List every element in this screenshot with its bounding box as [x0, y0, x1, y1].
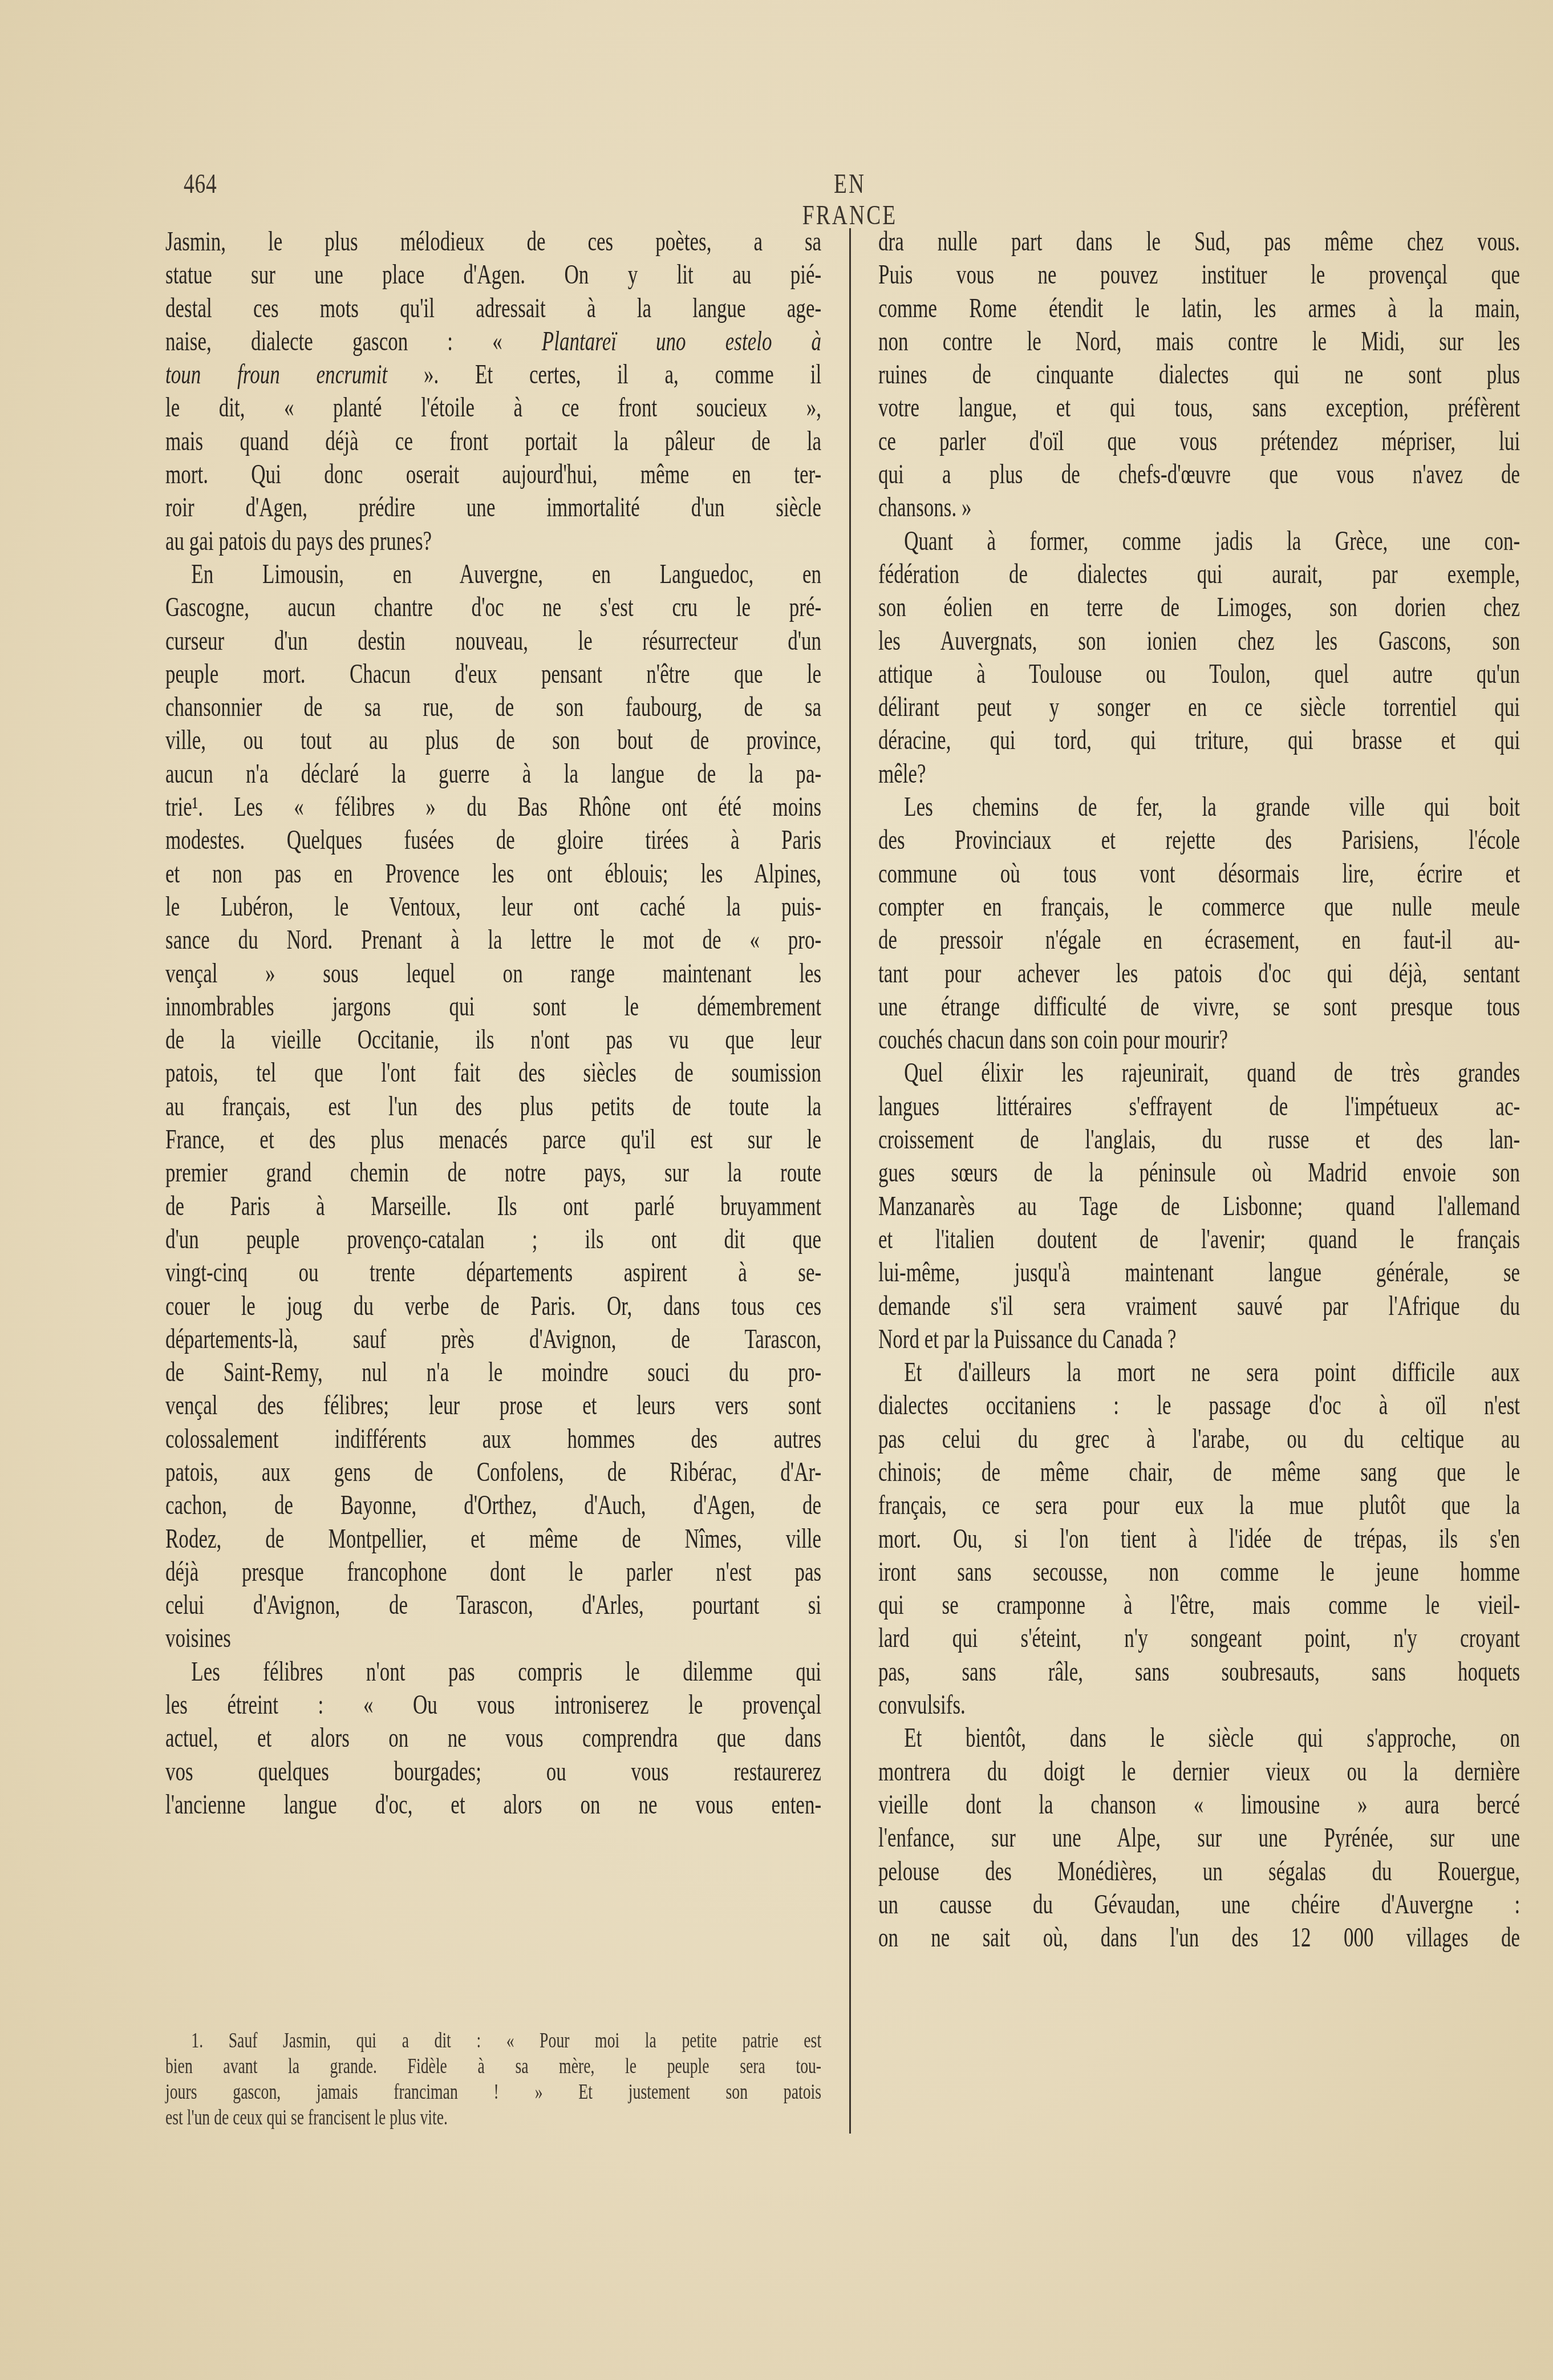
text-line: colossalement indifférents aux hommes de…	[165, 1423, 821, 1456]
text-line: on ne sait où, dans l'un des 12 000 vill…	[878, 1921, 1520, 1954]
text-line: une étrange difficulté de vivre, se sont…	[878, 990, 1520, 1023]
text-line: naise, dialecte gascon : « Plantareï uno…	[165, 325, 821, 358]
italic-quote: toun froun encrumit	[165, 359, 387, 390]
text-line: votre langue, et qui tous, sans exceptio…	[878, 391, 1520, 424]
text-line: Et bientôt, dans le siècle qui s'approch…	[878, 1722, 1520, 1755]
text-line: et l'italien doutent de l'avenir; quand …	[878, 1223, 1520, 1256]
text-line: vençal » sous lequel on range maintenant…	[165, 957, 821, 990]
text-line: les Auvergnats, son ionien chez les Gasc…	[878, 625, 1520, 658]
text-line: peuple mort. Chacun d'eux pensant n'être…	[165, 658, 821, 691]
text-line: fédération de dialectes qui aurait, par …	[878, 558, 1520, 591]
text-line: voisines	[165, 1622, 821, 1655]
text-line: destal ces mots qu'il adressait à la lan…	[165, 292, 821, 325]
text-line: patois, aux gens de Confolens, de Ribéra…	[165, 1456, 821, 1489]
text-line: départements-là, sauf près d'Avignon, de…	[165, 1323, 821, 1356]
text-line: curseur d'un destin nouveau, le résurrec…	[165, 625, 821, 658]
text-line: couer le joug du verbe de Paris. Or, dan…	[165, 1290, 821, 1323]
column-divider	[849, 228, 851, 2134]
text-line: qui se cramponne à l'être, mais comme le…	[878, 1589, 1520, 1622]
text-line: croissement de l'anglais, du russe et de…	[878, 1123, 1520, 1156]
text-line: Les félibres n'ont pas compris le dilemm…	[165, 1656, 821, 1689]
text-line: attique à Toulouse ou Toulon, quel autre…	[878, 658, 1520, 691]
text-line: comme Rome étendit le latin, les armes à…	[878, 292, 1520, 325]
text-line: Rodez, de Montpellier, et même de Nîmes,…	[165, 1523, 821, 1556]
text-line: dra nulle part dans le Sud, pas même che…	[878, 225, 1520, 258]
text-line: Et d'ailleurs la mort ne sera point diff…	[878, 1356, 1520, 1389]
footnote-line: est l'un de ceux qui se francisent le pl…	[165, 2105, 821, 2131]
text-line: iront sans secousse, non comme le jeune …	[878, 1556, 1520, 1589]
text-line: d'un peuple provenço-catalan ; ils ont d…	[165, 1223, 821, 1256]
text-line: convulsifs.	[878, 1689, 1520, 1722]
text-line: mort. Ou, si l'on tient à l'idée de trép…	[878, 1523, 1520, 1556]
footnote-line: bien avant la grande. Fidèle à sa mère, …	[165, 2054, 821, 2079]
text-line: l'ancienne langue d'oc, et alors on ne v…	[165, 1788, 821, 1822]
text-line: lard qui s'éteint, n'y songeant point, n…	[878, 1622, 1520, 1655]
text-line: couchés chacun dans son coin pour mourir…	[878, 1023, 1520, 1057]
text-line: délirant peut y songer en ce siècle torr…	[878, 691, 1520, 724]
text-line: le dit, « planté l'étoile à ce front sou…	[165, 391, 821, 424]
text-line: les étreint : « Ou vous introniserez le …	[165, 1689, 821, 1722]
text-line: ruines de cinquante dialectes qui ne son…	[878, 358, 1520, 391]
text-line: demande s'il sera vraiment sauvé par l'A…	[878, 1290, 1520, 1323]
text-line: au gai patois du pays des prunes?	[165, 525, 821, 558]
text-line: statue sur une place d'Agen. On y lit au…	[165, 258, 821, 292]
text-line: cachon, de Bayonne, d'Orthez, d'Auch, d'…	[165, 1489, 821, 1522]
text-line: ce parler d'oïl que vous prétendez mépri…	[878, 425, 1520, 458]
text-line: montrera du doigt le dernier vieux ou la…	[878, 1755, 1520, 1788]
text-line: En Limousin, en Auvergne, en Languedoc, …	[165, 558, 821, 591]
text-line: Puis vous ne pouvez instituer le provenç…	[878, 258, 1520, 292]
text-line: compter en français, le commerce que nul…	[878, 891, 1520, 924]
text-line: tant pour achever les patois d'oc qui dé…	[878, 957, 1520, 990]
text-line: des Provinciaux et rejette des Parisiens…	[878, 824, 1520, 857]
text-line: pas, sans râle, sans soubresauts, sans h…	[878, 1656, 1520, 1689]
text-line: chansonnier de sa rue, de son faubourg, …	[165, 691, 821, 724]
text-line: de la vieille Occitanie, ils n'ont pas v…	[165, 1023, 821, 1057]
text-line: et non pas en Provence les ont éblouis; …	[165, 857, 821, 891]
text-line: le Lubéron, le Ventoux, leur ont caché l…	[165, 891, 821, 924]
text-line: commune où tous vont désormais lire, écr…	[878, 857, 1520, 891]
text-line: premier grand chemin de notre pays, sur …	[165, 1156, 821, 1189]
text-line: l'enfance, sur une Alpe, sur une Pyrénée…	[878, 1822, 1520, 1855]
text-line: gues sœurs de la péninsule où Madrid env…	[878, 1156, 1520, 1189]
text-line: celui d'Avignon, de Tarascon, d'Arles, p…	[165, 1589, 821, 1622]
footnote-line: jours gascon, jamais franciman ! » Et ju…	[165, 2079, 821, 2105]
text-line: modestes. Quelques fusées de gloire tiré…	[165, 824, 821, 857]
book-page: 464 EN FRANCE Jasmin, le plus mélodieux …	[0, 0, 1553, 2380]
text-line: au français, est l'un des plus petits de…	[165, 1090, 821, 1123]
text-line: roir d'Agen, prédire une immortalité d'u…	[165, 491, 821, 524]
text-line: actuel, et alors on ne vous comprendra q…	[165, 1722, 821, 1755]
text-line: innombrables jargons qui sont le démembr…	[165, 990, 821, 1023]
text-line: ville, ou tout au plus de son bout de pr…	[165, 724, 821, 757]
text-line: toun froun encrumit ». Et certes, il a, …	[165, 358, 821, 391]
text-line: Manzanarès au Tage de Lisbonne; quand l'…	[878, 1190, 1520, 1223]
text-line: patois, tel que l'ont fait des siècles d…	[165, 1057, 821, 1090]
text-line: lui-même, jusqu'à maintenant langue géné…	[878, 1256, 1520, 1289]
left-column: Jasmin, le plus mélodieux de ces poètes,…	[165, 225, 821, 1822]
text-line: vingt-cinq ou trente départements aspire…	[165, 1256, 821, 1289]
text-line: Les chemins de fer, la grande ville qui …	[878, 791, 1520, 824]
italic-quote: Plantareï uno estelo à	[542, 326, 821, 357]
text-line: vieille dont la chanson « limousine » au…	[878, 1788, 1520, 1822]
footnote: 1. Sauf Jasmin, qui a dit : « Pour moi l…	[165, 2028, 821, 2131]
text-line: France, et des plus menacés parce qu'il …	[165, 1123, 821, 1156]
text-line: sance du Nord. Prenant à la lettre le mo…	[165, 924, 821, 957]
text-line: de Saint-Remy, nul n'a le moindre souci …	[165, 1356, 821, 1389]
footnote-line: 1. Sauf Jasmin, qui a dit : « Pour moi l…	[165, 2028, 821, 2054]
text-line: non contre le Nord, mais contre le Midi,…	[878, 325, 1520, 358]
text-line: pas celui du grec à l'arabe, ou du celti…	[878, 1423, 1520, 1456]
text-line: vençal des félibres; leur prose et leurs…	[165, 1389, 821, 1422]
text-line: aucun n'a déclaré la guerre à la langue …	[165, 758, 821, 791]
text-line: Nord et par la Puissance du Canada ?	[878, 1323, 1520, 1356]
right-column: dra nulle part dans le Sud, pas même che…	[878, 225, 1520, 1954]
text-line: de pressoir n'égale en écrasement, en fa…	[878, 924, 1520, 957]
text-line: Quant à former, comme jadis la Grèce, un…	[878, 525, 1520, 558]
text-line: Gascogne, aucun chantre d'oc ne s'est cr…	[165, 591, 821, 624]
text-line: dialectes occitaniens : le passage d'oc …	[878, 1389, 1520, 1422]
text-line: vos quelques bourgades; ou vous restaure…	[165, 1755, 821, 1788]
text-line: langues littéraires s'effrayent de l'imp…	[878, 1090, 1520, 1123]
text-line: chansons. »	[878, 491, 1520, 524]
text-line: mais quand déjà ce front portait la pâle…	[165, 425, 821, 458]
running-head: EN FRANCE	[783, 168, 917, 231]
text-line: déjà presque francophone dont le parler …	[165, 1556, 821, 1589]
text-line: mêle?	[878, 758, 1520, 791]
text-line: français, ce sera pour eux la mue plutôt…	[878, 1489, 1520, 1522]
page-number: 464	[184, 168, 217, 200]
text-line: de Paris à Marseille. Ils ont parlé bruy…	[165, 1190, 821, 1223]
text-line: Jasmin, le plus mélodieux de ces poètes,…	[165, 225, 821, 258]
text-line: son éolien en terre de Limoges, son dori…	[878, 591, 1520, 624]
text-line: Quel élixir les rajeunirait, quand de tr…	[878, 1057, 1520, 1090]
text-line: trie¹. Les « félibres » du Bas Rhône ont…	[165, 791, 821, 824]
text-line: qui a plus de chefs-d'œuvre que vous n'a…	[878, 458, 1520, 491]
text-line: mort. Qui donc oserait aujourd'hui, même…	[165, 458, 821, 491]
text-line: pelouse des Monédières, un ségalas du Ro…	[878, 1855, 1520, 1888]
text-line: déracine, qui tord, qui triture, qui bra…	[878, 724, 1520, 757]
text-line: chinois; de même chair, de même sang que…	[878, 1456, 1520, 1489]
text-line: un causse du Gévaudan, une chéire d'Auve…	[878, 1888, 1520, 1921]
